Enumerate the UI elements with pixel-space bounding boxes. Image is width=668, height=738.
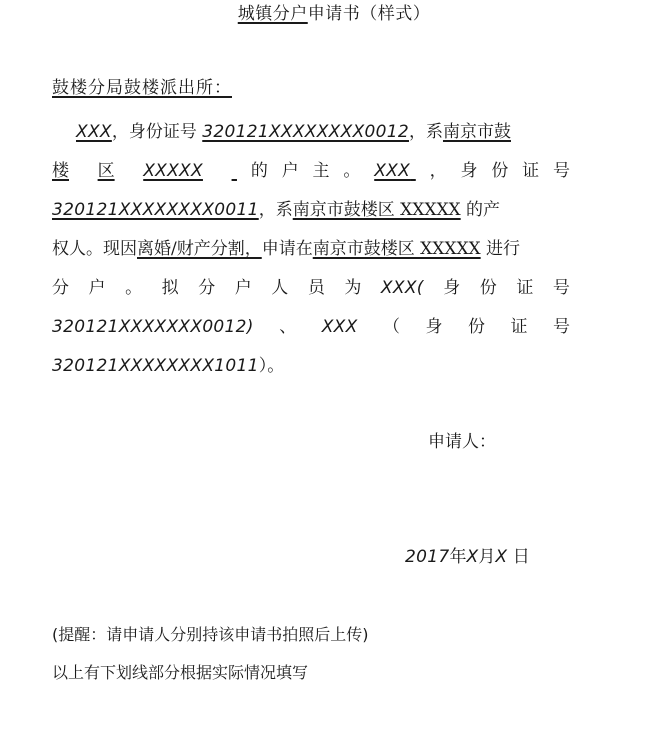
title-underlined: 城镇分户 [238,4,308,24]
text: 的产 [461,200,500,220]
text: XXX [374,161,410,181]
text: 户 [282,156,299,186]
spacer [232,156,237,186]
body-line-2: 楼 区 XXXXX 的 户 主 。 XXX ， 身 份 证 号 [52,156,570,195]
text: 拟 [162,273,179,303]
text: 的 [251,156,268,186]
split-address: 南京市鼓楼区 XXXXX [313,239,481,259]
text: ， [430,156,447,186]
property-owner-id: 320121XXXXXXXX0011 [52,200,259,220]
fill-instruction: 以上有下划线部分根据实际情况填写 [52,661,308,685]
text: 区 [98,156,115,186]
text: 为 [344,273,361,303]
text: ）。 [259,356,285,376]
text: 员 [308,273,325,303]
text: 证 [522,156,539,186]
text: 。 [343,156,360,186]
title-rest: 申请书（样式） [308,4,431,24]
date-day: X [495,547,507,567]
text: 。 [125,273,142,303]
body-line-5: 分 户 。 拟 分 户 人 员 为 XXX( 身 份 证 号 [52,273,570,312]
text: 号 [553,273,570,303]
text: 份 [491,156,508,186]
text: 号 [553,312,570,342]
member-2-id: 320121XXXXXXXX1011 [52,356,259,376]
text: 身 [443,273,460,303]
text: 人 [271,273,288,303]
application-date: 2017年X月X 日 [405,545,530,569]
text: 号 [553,156,570,186]
addressee: 鼓楼分局鼓楼派出所： [52,76,232,100]
text: 份 [468,312,485,342]
address-part: 南京市鼓 [443,122,511,142]
applicant-label: 申请人： [428,430,496,454]
text: 、 [279,312,296,342]
householder-name: XXX [76,122,112,142]
text: （ [383,312,400,342]
document-title: 城镇分户申请书（样式） [0,2,668,26]
text: 楼 [52,156,69,186]
text: ，身份证号 [112,122,202,142]
text: 分 [198,273,215,303]
text: ，系 [409,122,443,142]
text: 身 [460,156,477,186]
upload-reminder: (提醒：请申请人分别持该申请书拍照后上传) [52,623,369,647]
text: 户 [89,273,106,303]
body-line-1: XXX，身份证号 320121XXXXXXXX0012，系南京市鼓 [52,117,570,156]
body-line-4: 权人。现因离婚/财产分割，申请在南京市鼓楼区 XXXXX 进行 [52,234,570,273]
address-continued: 楼 区 XXXXX [52,156,237,186]
date-month: X [466,547,478,567]
split-reason: 离婚/财产分割， [137,239,262,259]
member-1-name: XXX( [381,273,424,303]
text: 分 [52,273,69,303]
text: 申请在 [262,239,313,259]
text: 证 [510,312,527,342]
body-line-3: 320121XXXXXXXX0011，系南京市鼓楼区 XXXXX 的产 [52,195,570,234]
text: 日 [507,547,529,567]
text: 年 [449,547,466,567]
text: 户 [235,273,252,303]
text: 月 [478,547,495,567]
text: 证 [516,273,533,303]
text: ，系 [259,200,293,220]
text: 份 [480,273,497,303]
text: XXXXX [143,156,203,186]
text: 进行 [481,239,520,259]
member-2-name: XXX [322,312,358,342]
application-body: XXX，身份证号 320121XXXXXXXX0012，系南京市鼓 楼 区 XX… [52,117,570,390]
body-line-6: 320121XXXXXXX0012) 、 XXX （ 身 份 证 号 [52,312,570,351]
householder-id: 320121XXXXXXXX0012 [202,122,409,142]
text: 身 [426,312,443,342]
property-address: 南京市鼓楼区 XXXXX [293,200,461,220]
date-year: 2017 [405,547,449,567]
text: 主 [313,156,330,186]
property-owner-name: XXX [374,156,416,186]
body-line-7: 320121XXXXXXXX1011）。 [52,351,570,390]
member-1-id: 320121XXXXXXX0012) [52,312,254,342]
text: 权人。现因 [52,239,137,259]
